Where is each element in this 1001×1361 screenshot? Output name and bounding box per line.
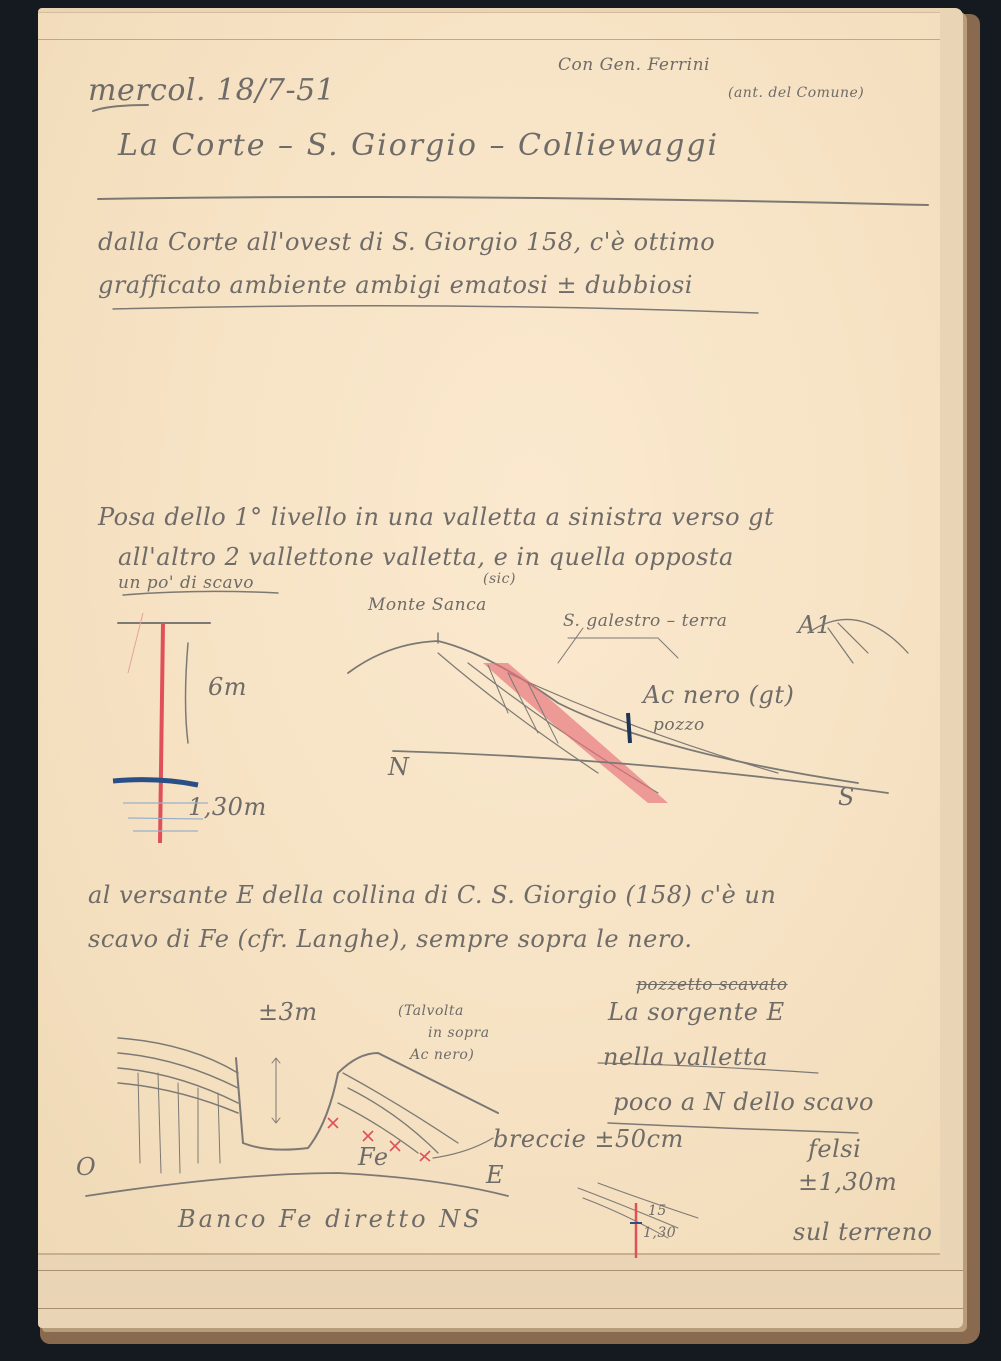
side-note-depth: sul terreno <box>793 1218 932 1246</box>
side-note-felsi: felsi <box>808 1135 861 1163</box>
notebook: mercol. 18/7-51 Con Gen. Ferrini (ant. d… <box>30 8 978 1348</box>
side-note: nella valletta <box>603 1043 768 1071</box>
side-note-thickness: ±1,30m <box>798 1168 897 1196</box>
page-edge-line <box>38 1270 963 1271</box>
mini-scale-top: 15 <box>648 1203 667 1219</box>
side-note: La sorgente E <box>608 998 785 1026</box>
page-edge-line <box>38 1308 963 1309</box>
struck-note: pozzetto scavato <box>636 975 788 995</box>
side-note: poco a N dello scavo <box>613 1088 874 1116</box>
cross-section-sketch-oe <box>38 13 940 1253</box>
notebook-page: mercol. 18/7-51 Con Gen. Ferrini (ant. d… <box>38 12 940 1255</box>
mini-scale-bottom: 1,30 <box>643 1225 676 1241</box>
